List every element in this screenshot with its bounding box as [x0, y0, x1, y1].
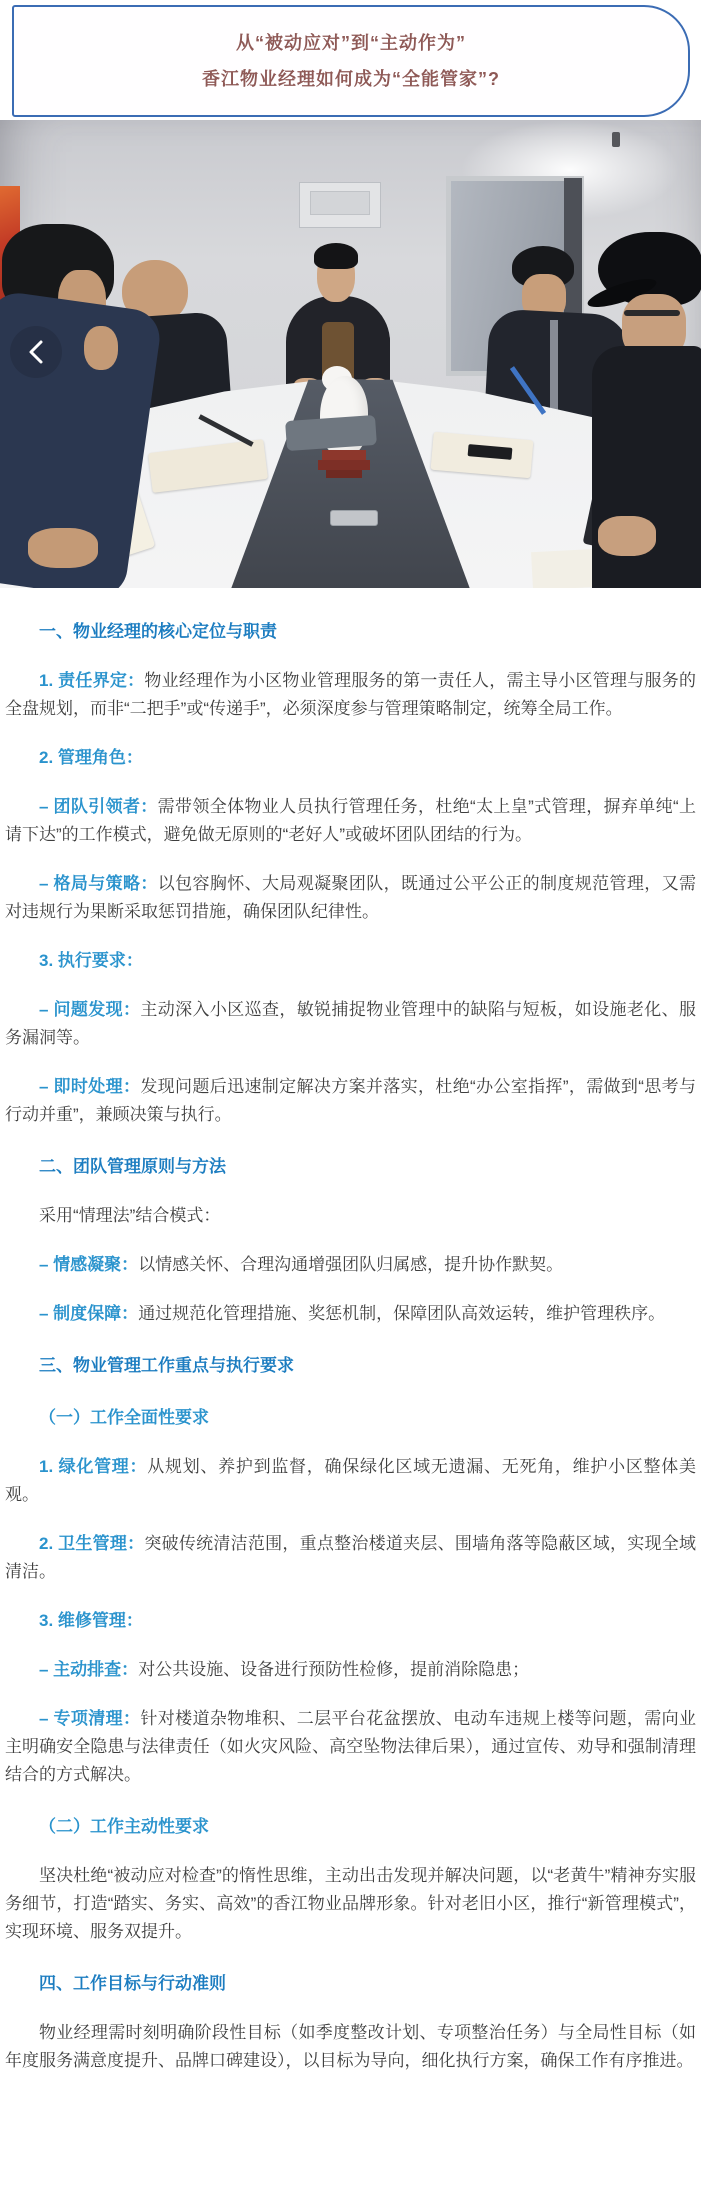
article: 一、物业经理的核心定位与职责1. 责任界定：物业经理作为小区物业管理服务的第一责… [0, 588, 701, 2075]
article-paragraph: 物业经理需时刻明确阶段性目标（如季度整改计划、专项整治任务）与全局性目标（如年度… [5, 2019, 696, 2075]
paragraph-label: – 团队引领者： [39, 797, 158, 816]
paragraph-text: 对公共设施、设备进行预防性检修，提前消除隐患； [138, 1660, 529, 1679]
paragraph-label: – 情感凝聚： [39, 1255, 138, 1274]
paragraph-text: 通过规范化管理措施、奖惩机制，保障团队高效运转，维护管理秩序。 [138, 1304, 665, 1323]
article-title-line-2: 香江物业经理如何成为“全能管家”? [202, 63, 500, 96]
article-paragraph: – 团队引领者：需带领全体物业人员执行管理任务，杜绝“太上皇”式管理，摒弃单纯“… [5, 793, 696, 849]
paragraph-label: – 问题发现： [39, 1000, 140, 1019]
person-5-glasses [624, 310, 680, 316]
article-paragraph: 采用“情理法”结合模式： [5, 1202, 696, 1230]
section-heading: 二、团队管理原则与方法 [5, 1153, 696, 1181]
article-paragraph: – 即时处理：发现问题后迅速制定解决方案并落实，杜绝“办公室指挥”，需做到“思考… [5, 1073, 696, 1129]
section-heading: 三、物业管理工作重点与执行要求 [5, 1352, 696, 1380]
article-paragraph: 3. 维修管理： [5, 1607, 696, 1635]
paragraph-text: 三、物业管理工作重点与执行要求 [39, 1356, 294, 1375]
sculpture-base-bottom [326, 470, 362, 478]
paragraph-label: 2. 管理角色： [39, 748, 143, 767]
carousel-prev-button[interactable] [10, 326, 62, 378]
paragraph-text: 二、团队管理原则与方法 [39, 1157, 226, 1176]
paragraph-label: – 专项清理： [39, 1709, 140, 1728]
paragraph-label: 3. 执行要求： [39, 951, 143, 970]
gray-pouch [285, 415, 377, 451]
wall-access-panel [299, 182, 381, 228]
paragraph-text: 物业经理需时刻明确阶段性目标（如季度整改计划、专项整治任务）与全局性目标（如年度… [5, 2023, 696, 2070]
section-heading: 一、物业经理的核心定位与职责 [5, 618, 696, 646]
paragraph-label: 3. 维修管理： [39, 1611, 143, 1630]
paragraph-text: （一）工作全面性要求 [39, 1408, 209, 1427]
article-paragraph: – 专项清理：针对楼道杂物堆积、二层平台花盆摆放、电动车违规上楼等问题，需向业主… [5, 1705, 696, 1789]
paragraph-text: 四、工作目标与行动准则 [39, 1974, 226, 1993]
section-heading: 四、工作目标与行动准则 [5, 1970, 696, 1998]
paragraph-label: 2. 卫生管理： [39, 1534, 144, 1553]
article-paragraph: 1. 绿化管理：从规划、养护到监督，确保绿化区域无遗漏、无死角，维护小区整体美观… [5, 1453, 696, 1509]
paragraph-label: – 即时处理： [39, 1077, 140, 1096]
person-1-hand [84, 326, 118, 370]
person-1-hand-lower [28, 528, 98, 568]
paragraph-text: 以情感关怀、合理沟通增强团队归属感，提升协作默契。 [138, 1255, 563, 1274]
article-paragraph: 2. 管理角色： [5, 744, 696, 772]
paragraph-label: 1. 责任界定： [39, 671, 144, 690]
table-socket-plate [330, 510, 378, 526]
sculpture-base-middle [318, 460, 370, 470]
sub-heading: （一）工作全面性要求 [5, 1404, 696, 1432]
paragraph-text: （二）工作主动性要求 [39, 1817, 209, 1836]
article-paragraph: – 制度保障：通过规范化管理措施、奖惩机制，保障团队高效运转，维护管理秩序。 [5, 1300, 696, 1328]
article-paragraph: – 情感凝聚：以情感关怀、合理沟通增强团队归属感，提升协作默契。 [5, 1251, 696, 1279]
wall-hook [612, 132, 620, 147]
paragraph-text: 一、物业经理的核心定位与职责 [39, 622, 277, 641]
article-paragraph: 坚决杜绝“被动应对检查”的惰性思维，主动出击发现并解决问题，以“老黄牛”精神夯实… [5, 1862, 696, 1946]
meeting-photo [0, 120, 701, 588]
paragraph-text: 采用“情理法”结合模式： [39, 1206, 220, 1225]
chevron-left-icon [25, 339, 47, 365]
article-paragraph: – 主动排查：对公共设施、设备进行预防性检修，提前消除隐患； [5, 1656, 696, 1684]
article-paragraph: 2. 卫生管理：突破传统清洁范围，重点整治楼道夹层、围墙角落等隐蔽区域，实现全域… [5, 1530, 696, 1586]
wall-access-panel-inner [310, 191, 370, 215]
article-paragraph: 3. 执行要求： [5, 947, 696, 975]
paragraph-label: – 制度保障： [39, 1304, 138, 1323]
article-page: { "colors": { "border_blue": "#3b6cb4", … [0, 0, 701, 2189]
sculpture-base-top [322, 450, 366, 460]
paragraph-label: – 主动排查： [39, 1660, 138, 1679]
paragraph-label: – 格局与策略： [39, 874, 158, 893]
article-paragraph: 1. 责任界定：物业经理作为小区物业管理服务的第一责任人，需主导小区管理与服务的… [5, 667, 696, 723]
person-5-hand [598, 516, 656, 556]
article-title-box: 从“被动应对”到“主动作为” 香江物业经理如何成为“全能管家”? [12, 5, 690, 117]
person-3-hair [314, 243, 358, 269]
paragraph-label: 1. 绿化管理： [39, 1457, 147, 1476]
article-paragraph: – 问题发现：主动深入小区巡查，敏锐捕捉物业管理中的缺陷与短板，如设施老化、服务… [5, 996, 696, 1052]
sub-heading: （二）工作主动性要求 [5, 1813, 696, 1841]
article-title-line-1: 从“被动应对”到“主动作为” [236, 27, 466, 60]
article-paragraph: – 格局与策略：以包容胸怀、大局观凝聚团队，既通过公平公正的制度规范管理，又需对… [5, 870, 696, 926]
paragraph-text: 坚决杜绝“被动应对检查”的惰性思维，主动出击发现并解决问题，以“老黄牛”精神夯实… [5, 1866, 696, 1941]
